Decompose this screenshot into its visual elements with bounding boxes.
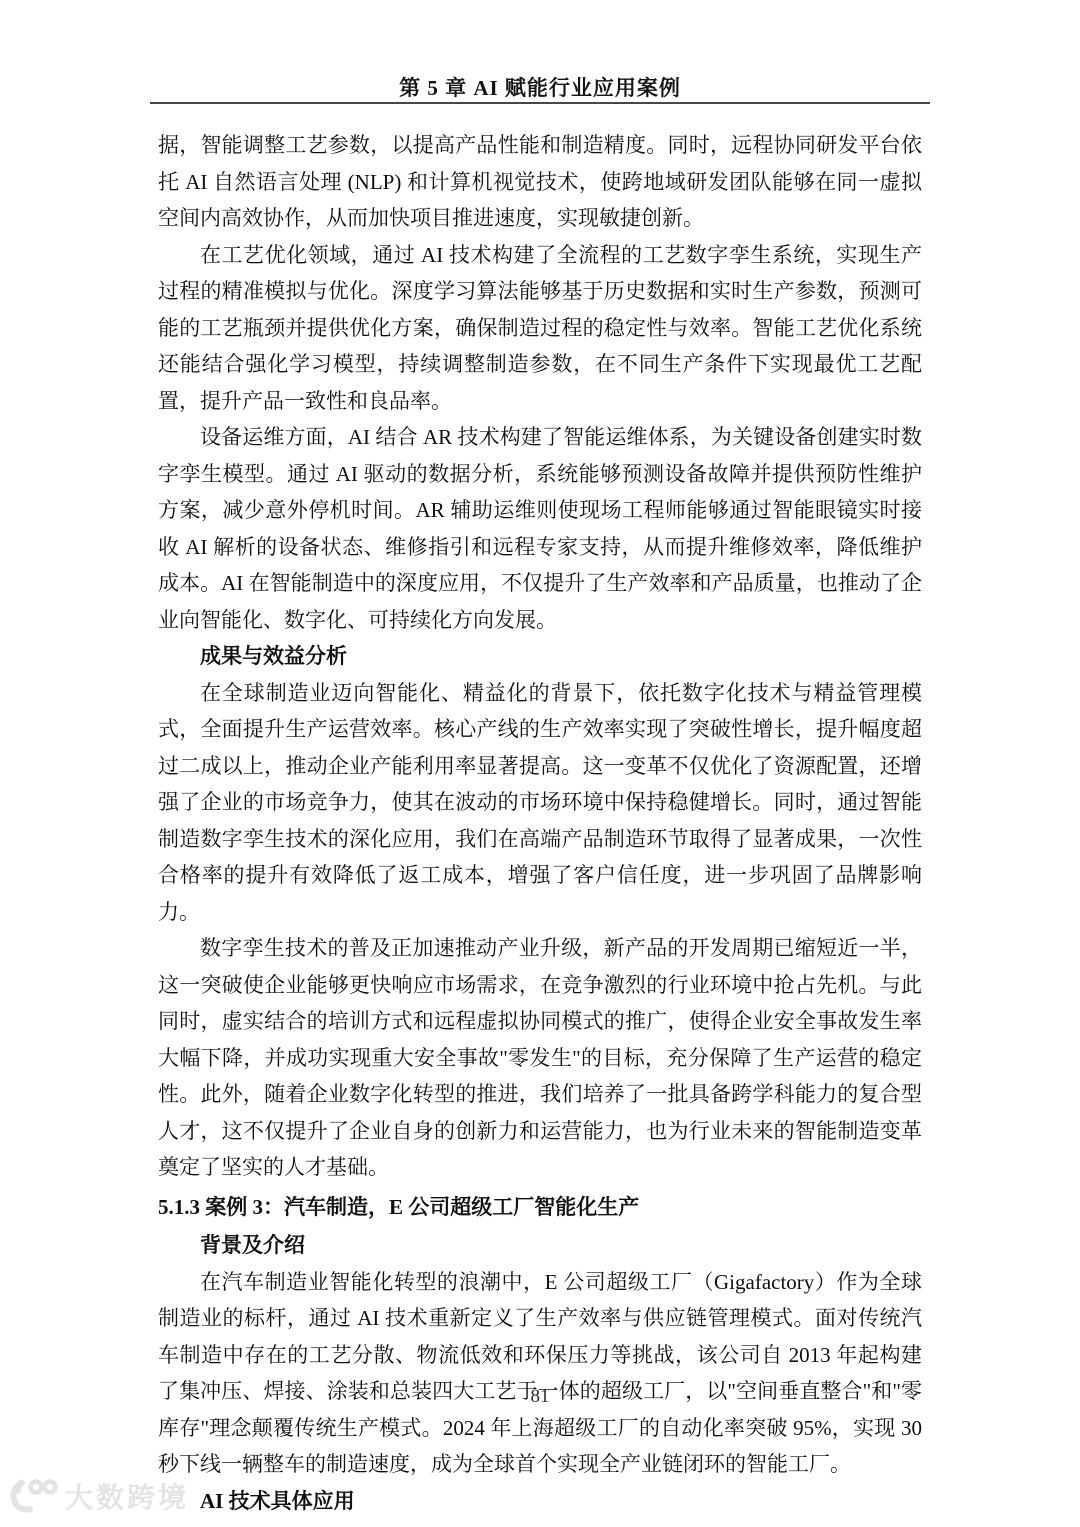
- page-body: 据，智能调整工艺参数，以提高产品性能和制造精度。同时，远程协同研发平台依托 AI…: [158, 127, 922, 1519]
- chapter-header-title: 第 5 章 AI 赋能行业应用案例: [0, 72, 1080, 102]
- paragraph-global-manufacturing: 在全球制造业迈向智能化、精益化的背景下，依托数字化技术与精益管理模式，全面提升生…: [158, 675, 922, 931]
- header-divider-rule: [150, 102, 930, 104]
- paragraph-continuation: 据，智能调整工艺参数，以提高产品性能和制造精度。同时，远程协同研发平台依托 AI…: [158, 127, 922, 237]
- watermark-text: 大数跨境: [65, 1476, 189, 1516]
- subheading-results-analysis: 成果与效益分析: [158, 638, 922, 675]
- watermark: 大数跨境: [8, 1476, 189, 1516]
- paragraph-equipment-maintenance: 设备运维方面，AI 结合 AR 技术构建了智能运维体系，为关键设备创建实时数字孪…: [158, 419, 922, 638]
- section-heading-5-1-3: 5.1.3 案例 3：汽车制造，E 公司超级工厂智能化生产: [158, 1189, 922, 1226]
- subheading-ai-applications: AI 技术具体应用: [158, 1483, 922, 1520]
- paragraph-gigafactory-background: 在汽车制造业智能化转型的浪潮中，E 公司超级工厂（Gigafactory）作为全…: [158, 1264, 922, 1483]
- subheading-background-intro: 背景及介绍: [158, 1227, 922, 1264]
- paragraph-process-optimization: 在工艺优化领域，通过 AI 技术构建了全流程的工艺数字孪生系统，实现生产过程的精…: [158, 237, 922, 420]
- page-number: 81: [0, 1386, 1080, 1408]
- dashu-kuajing-logo-icon: [8, 1477, 60, 1515]
- paragraph-digital-twin-upgrade: 数字孪生技术的普及正加速推动产业升级，新产品的开发周期已缩短近一半，这一突破使企…: [158, 930, 922, 1186]
